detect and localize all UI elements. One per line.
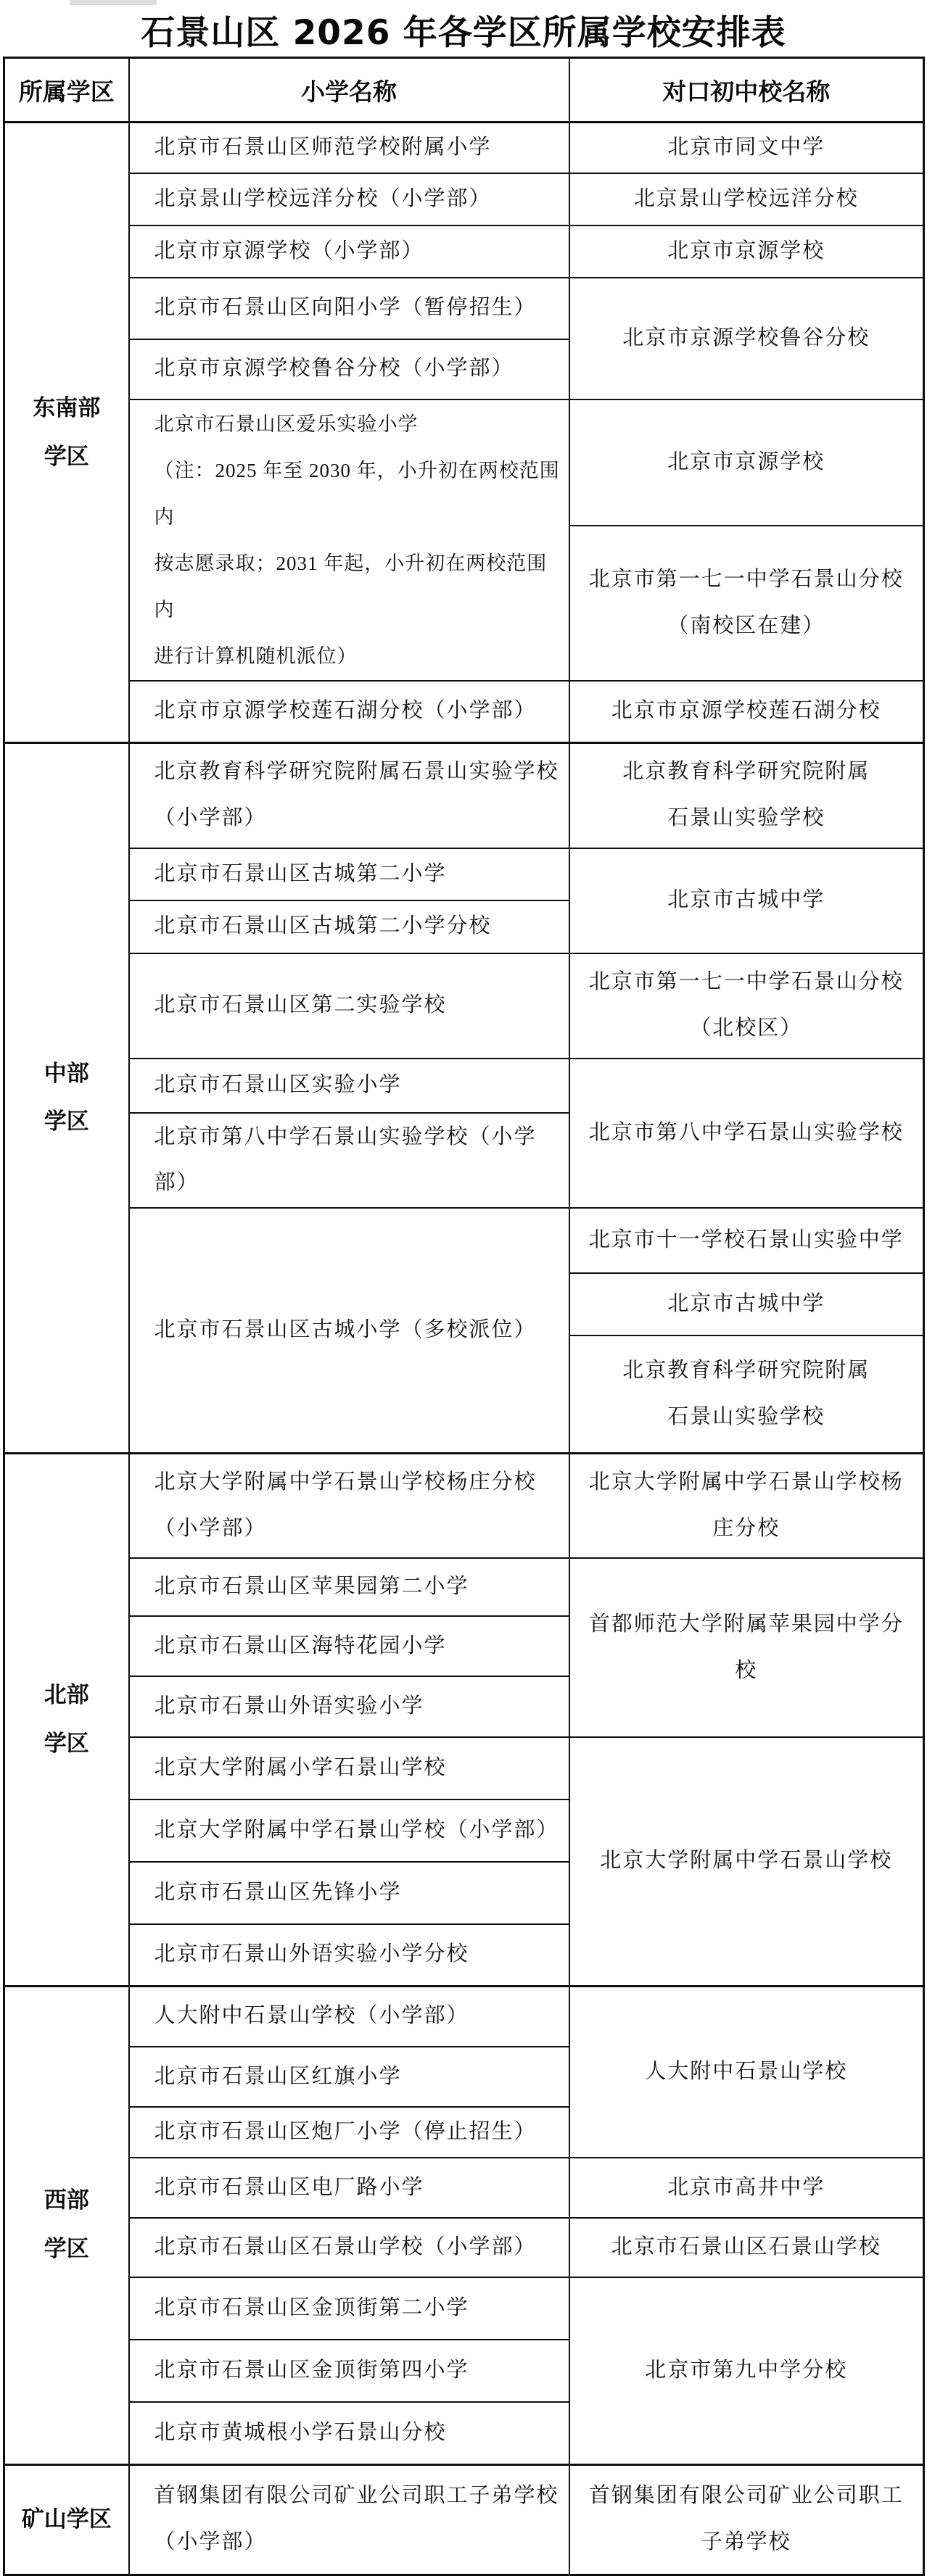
district-cell-southeast: 东南部 学区 (4, 123, 129, 743)
table-row: 北京市京源学校莲石湖分校（小学部） 北京市京源学校莲石湖分校 (4, 681, 924, 743)
ms-cell: 北京市京源学校 (569, 399, 924, 526)
ms-cell: 北京大学附属中学石景山学校杨 庄分校 (569, 1453, 924, 1558)
school-assignment-table: 所属学区 小学名称 对口初中校名称 东南部 学区 北京市石景山区师范学校附属小学… (3, 57, 925, 2576)
header-row: 所属学区 小学名称 对口初中校名称 (4, 58, 924, 123)
ms-cell: 北京市第一七一中学石景山分校 （北校区） (569, 953, 924, 1059)
ms-cell: 北京市京源学校鲁谷分校 (569, 278, 924, 399)
ms-cell: 人大附中石景山学校 (569, 1986, 924, 2158)
table-row: 中部 学区 北京教育科学研究院附属石景山实验学校 （小学部） 北京教育科学研究院… (4, 743, 924, 848)
table-row: 北京市石景山区实验小学 北京市第八中学石景山实验学校 (4, 1059, 924, 1113)
table-row: 北京市石景山区向阳小学（暂停招生） 北京市京源学校鲁谷分校 (4, 278, 924, 339)
table-row: 北京大学附属小学石景山学校 北京大学附属中学石景山学校 (4, 1737, 924, 1800)
table-row: 北京市石景山区古城小学（多校派位） 北京市十一学校石景山实验中学 (4, 1208, 924, 1273)
ps-cell: 北京市石景山区向阳小学（暂停招生） (129, 278, 569, 339)
table-row: 北京市石景山区古城第二小学 北京市古城中学 (4, 848, 924, 900)
ps-cell: 北京市第八中学石景山实验学校（小学部） (129, 1113, 569, 1209)
ps-cell: 北京市石景山区苹果园第二小学 (129, 1558, 569, 1616)
ps-cell: 北京市石景山区先锋小学 (129, 1862, 569, 1924)
ps-cell: 北京景山学校远洋分校（小学部） (129, 173, 569, 225)
ms-cell: 北京市京源学校 (569, 225, 924, 278)
ms-cell: 北京市同文中学 (569, 123, 924, 173)
ps-cell: 北京市黄城根小学石景山分校 (129, 2402, 569, 2464)
ps-cell: 北京大学附属中学石景山学校（小学部） (129, 1800, 569, 1862)
ms-cell: 北京景山学校远洋分校 (569, 173, 924, 225)
ps-cell: 北京市京源学校鲁谷分校（小学部） (129, 339, 569, 399)
ps-cell: 北京市石景山区海特花园小学 (129, 1616, 569, 1676)
table-row: 北京市石景山区电厂路小学 北京市高井中学 (4, 2158, 924, 2218)
ps-cell: 北京市京源学校莲石湖分校（小学部） (129, 681, 569, 743)
page-title: 石景山区 2026 年各学区所属学校安排表 (0, 6, 927, 54)
ms-cell: 北京市古城中学 (569, 1273, 924, 1335)
ps-cell: 北京市石景山区古城第二小学 (129, 848, 569, 900)
ms-cell: 北京教育科学研究院附属 石景山实验学校 (569, 1335, 924, 1453)
ms-cell: 北京市第一七一中学石景山分校 （南校区在建） (569, 526, 924, 680)
ms-cell: 首钢集团有限公司矿业公司职工 子弟学校 (569, 2464, 924, 2575)
district-cell-north: 北部 学区 (4, 1453, 129, 1986)
header-primary-school: 小学名称 (129, 58, 569, 123)
table-row: 东南部 学区 北京市石景山区师范学校附属小学 北京市同文中学 (4, 123, 924, 173)
scan-artifact (70, 0, 157, 5)
ps-cell: 首钢集团有限公司矿业公司职工子弟学校 （小学部） (129, 2464, 569, 2575)
table-row: 北京市石景山区爱乐实验小学 （注：2025 年至 2030 年，小升初在两校范围… (4, 399, 924, 526)
ps-cell: 北京市石景山区师范学校附属小学 (129, 123, 569, 173)
ps-cell-with-note: 北京市石景山区爱乐实验小学 （注：2025 年至 2030 年，小升初在两校范围… (129, 399, 569, 681)
ps-cell: 北京市石景山区炮厂小学（停止招生） (129, 2107, 569, 2158)
district-cell-west: 西部 学区 (4, 1986, 129, 2464)
ms-cell: 北京市古城中学 (569, 848, 924, 953)
ps-cell: 北京教育科学研究院附属石景山实验学校 （小学部） (129, 743, 569, 848)
ps-cell: 北京市石景山外语实验小学 (129, 1676, 569, 1737)
ms-cell: 北京市第九中学分校 (569, 2277, 924, 2464)
ps-cell: 北京市石景山区古城小学（多校派位） (129, 1208, 569, 1453)
table-row: 北京市石景山区苹果园第二小学 首都师范大学附属苹果园中学分 校 (4, 1558, 924, 1616)
table-row: 北京市石景山区第二实验学校 北京市第一七一中学石景山分校 （北校区） (4, 953, 924, 1059)
ps-cell: 北京市石景山区实验小学 (129, 1059, 569, 1113)
table-row: 北京市京源学校（小学部） 北京市京源学校 (4, 225, 924, 278)
table-row: 西部 学区 人大附中石景山学校（小学部） 人大附中石景山学校 (4, 1986, 924, 2047)
table-row: 北京景山学校远洋分校（小学部） 北京景山学校远洋分校 (4, 173, 924, 225)
ps-cell: 人大附中石景山学校（小学部） (129, 1986, 569, 2047)
header-middle-school: 对口初中校名称 (569, 58, 924, 123)
ms-cell: 北京市高井中学 (569, 2158, 924, 2218)
table-row: 北京市石景山区石景山学校（小学部） 北京市石景山区石景山学校 (4, 2218, 924, 2277)
table-row: 北部 学区 北京大学附属中学石景山学校杨庄分校 （小学部） 北京大学附属中学石景… (4, 1453, 924, 1558)
ps-cell: 北京市石景山区电厂路小学 (129, 2158, 569, 2218)
ms-cell: 首都师范大学附属苹果园中学分 校 (569, 1558, 924, 1737)
district-cell-central: 中部 学区 (4, 743, 129, 1454)
ps-cell: 北京市石景山外语实验小学分校 (129, 1924, 569, 1986)
ms-cell: 北京教育科学研究院附属 石景山实验学校 (569, 743, 924, 848)
ps-cell: 北京市石景山区红旗小学 (129, 2047, 569, 2107)
ms-cell: 北京大学附属中学石景山学校 (569, 1737, 924, 1986)
ms-cell: 北京市京源学校莲石湖分校 (569, 681, 924, 743)
header-district: 所属学区 (4, 58, 129, 123)
ms-cell: 北京市第八中学石景山实验学校 (569, 1059, 924, 1209)
ps-cell: 北京市石景山区金顶街第二小学 (129, 2277, 569, 2340)
ps-cell: 北京市石景山区石景山学校（小学部） (129, 2218, 569, 2277)
district-cell-mine: 矿山学区 (4, 2464, 129, 2575)
ps-cell: 北京市京源学校（小学部） (129, 225, 569, 278)
table-row: 北京市石景山区金顶街第二小学 北京市第九中学分校 (4, 2277, 924, 2340)
ps-cell: 北京市石景山区第二实验学校 (129, 953, 569, 1059)
ps-cell: 北京大学附属小学石景山学校 (129, 1737, 569, 1800)
ps-cell: 北京市石景山区金顶街第四小学 (129, 2340, 569, 2402)
ms-cell: 北京市石景山区石景山学校 (569, 2218, 924, 2277)
ps-cell: 北京大学附属中学石景山学校杨庄分校 （小学部） (129, 1453, 569, 1558)
ps-cell: 北京市石景山区古城第二小学分校 (129, 900, 569, 953)
ms-cell: 北京市十一学校石景山实验中学 (569, 1208, 924, 1273)
table-row: 矿山学区 首钢集团有限公司矿业公司职工子弟学校 （小学部） 首钢集团有限公司矿业… (4, 2464, 924, 2575)
